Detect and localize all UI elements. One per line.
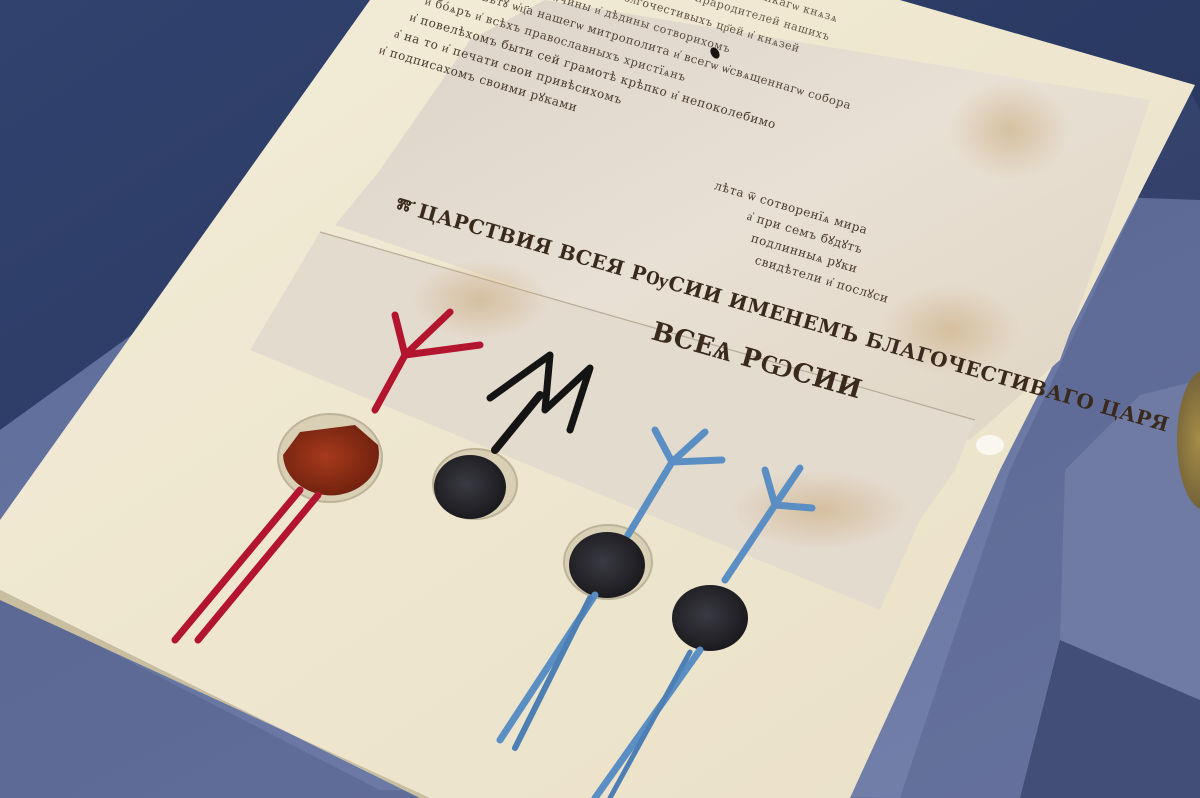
- scene-svg: ꙗкѡ и҆ноꙗ бл҃гочестивагѡ цр҃ѧ и҆ вели́ка…: [0, 0, 1200, 798]
- glass-glare: [976, 435, 1004, 455]
- photo-scene: ꙗкѡ и҆ноꙗ бл҃гочестивагѡ цр҃ѧ и҆ вели́ка…: [0, 0, 1200, 798]
- dark-wax-seal: [569, 532, 645, 598]
- stain: [950, 80, 1070, 180]
- dark-wax-seal: [672, 585, 748, 651]
- black-wax-seal: [434, 455, 506, 519]
